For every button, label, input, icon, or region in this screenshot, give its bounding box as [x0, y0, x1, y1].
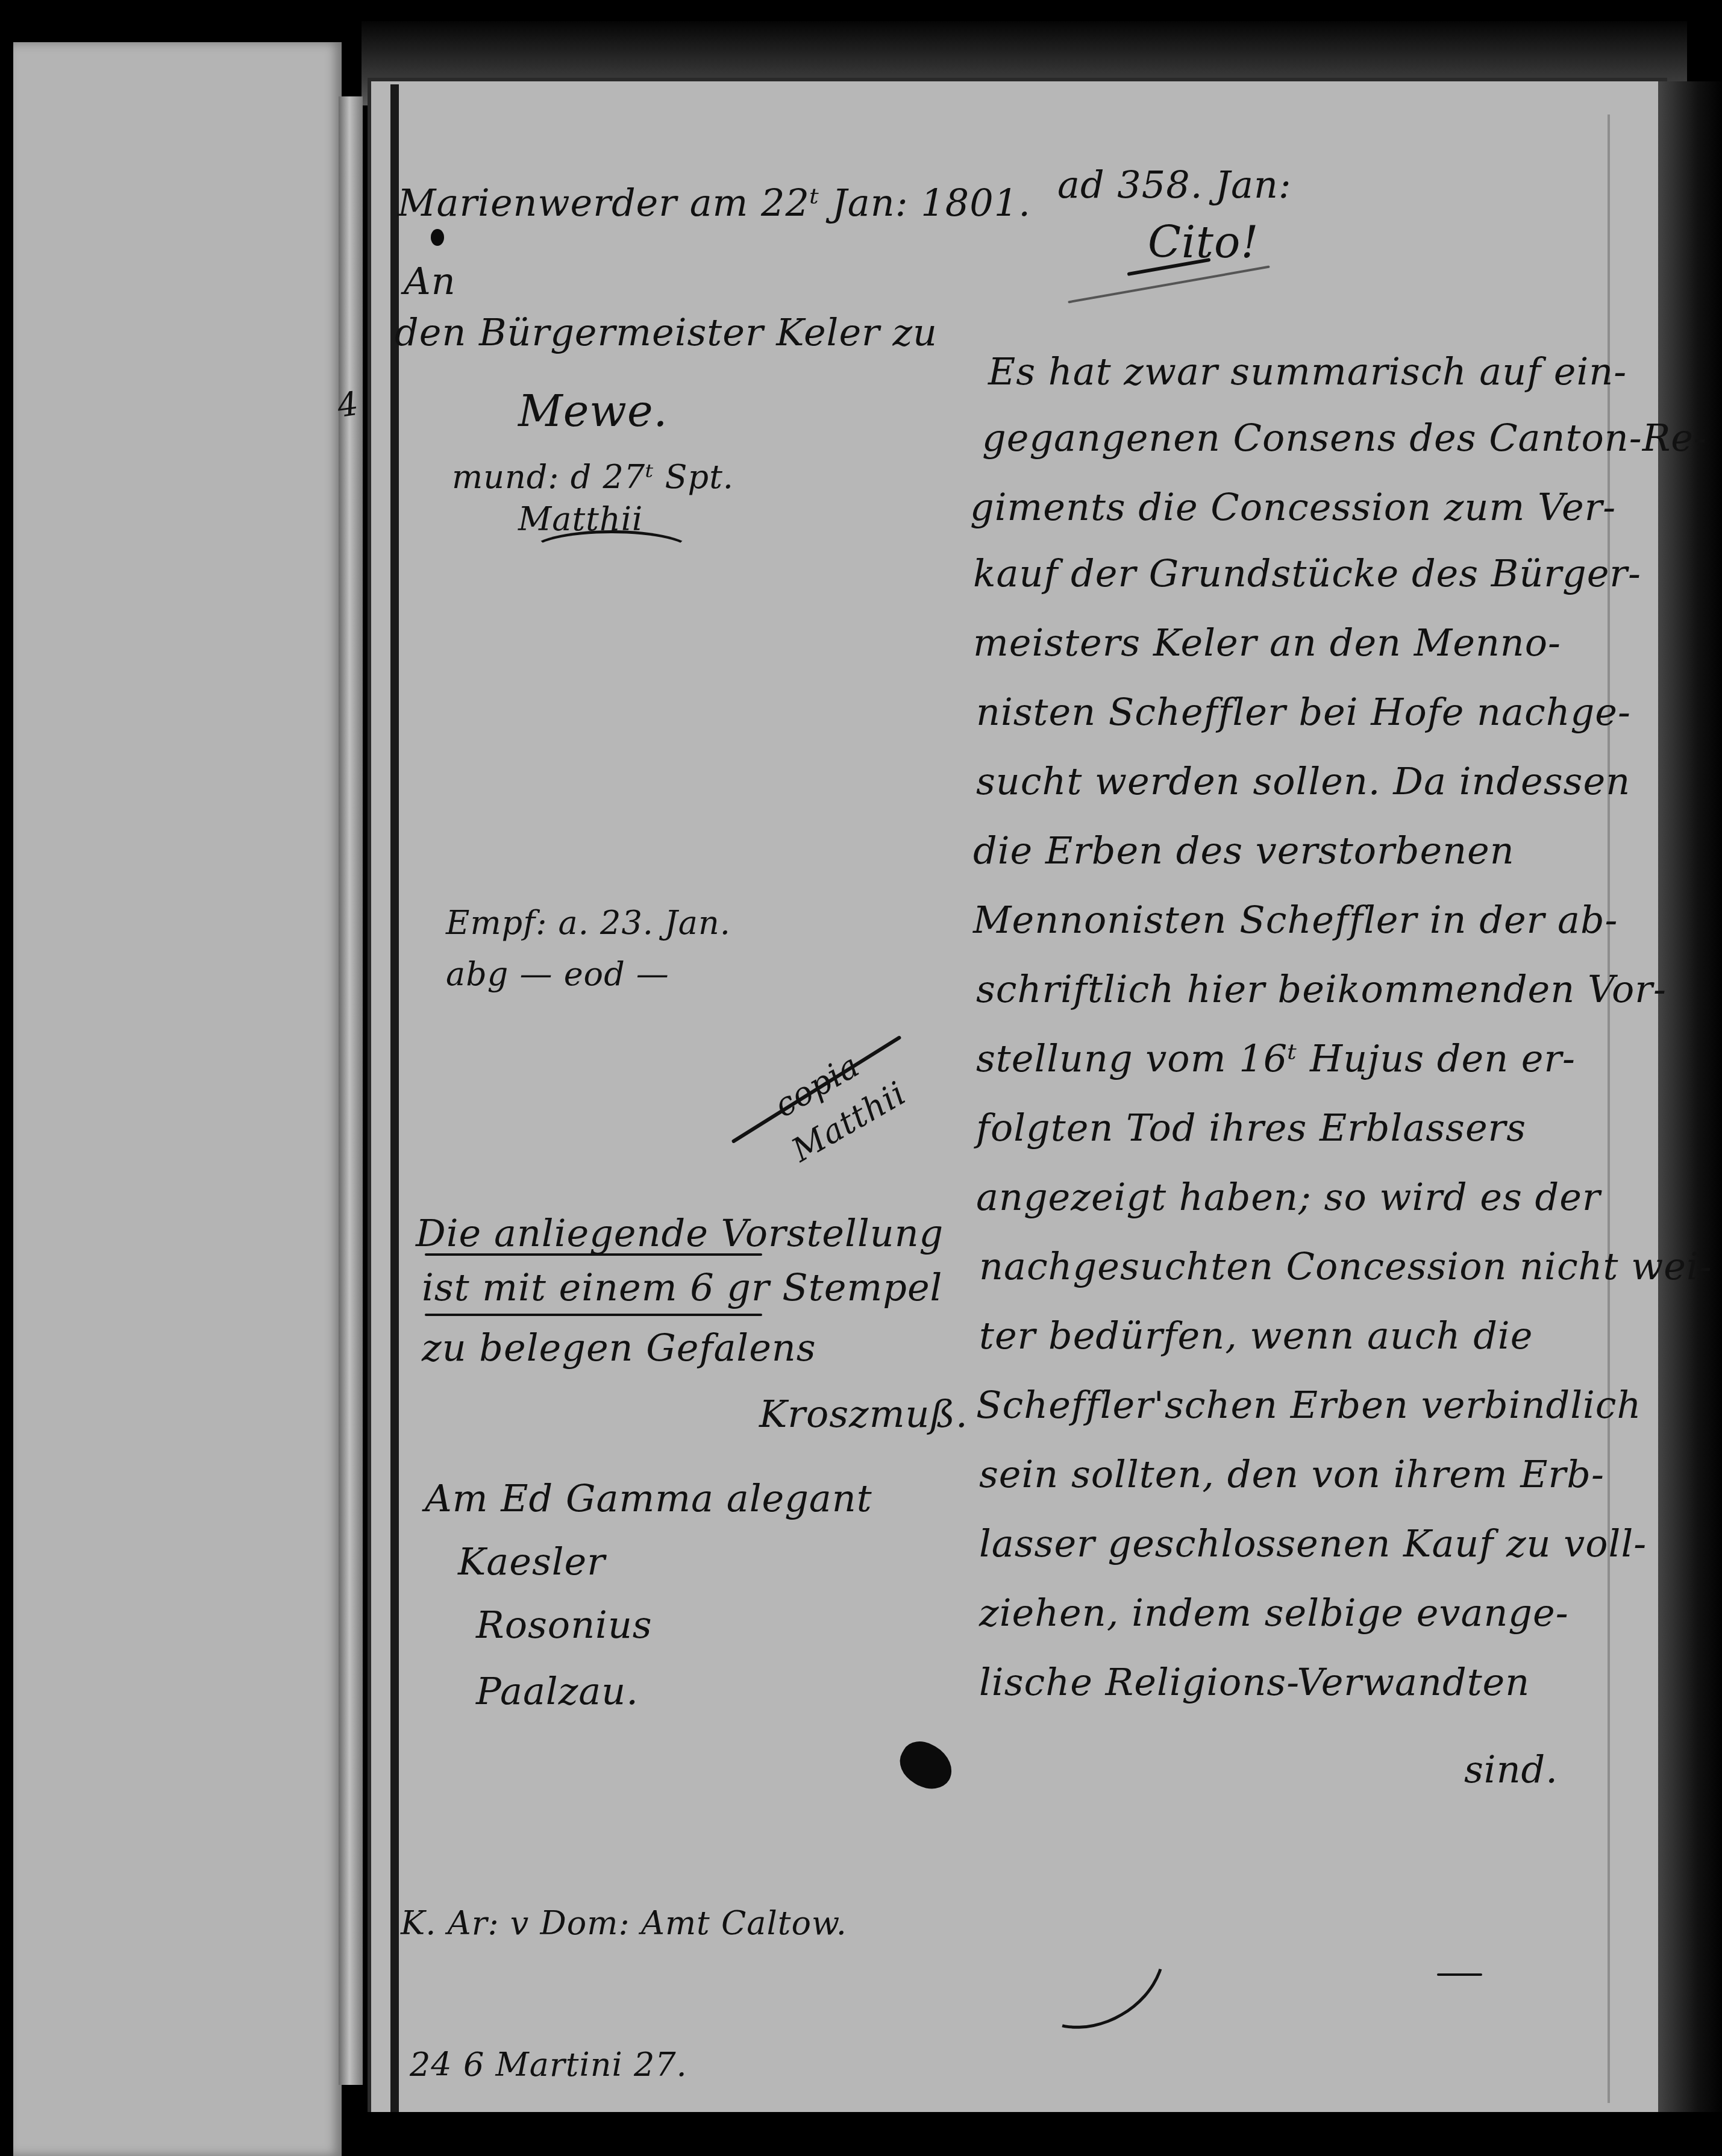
recipient-2: Rosonius [476, 1603, 653, 1647]
body-line: kauf der Grundstücke des Bürger- [973, 551, 1641, 595]
body-line: sind. [1464, 1747, 1558, 1791]
body-line: angezeigt haben; so wird es der [976, 1175, 1601, 1219]
gutter-line [390, 84, 399, 2133]
place-date: Marienwerder am 22ᵗ Jan: 1801. [398, 181, 1031, 225]
bottom-note: 24 6 Martini 27. [410, 2046, 687, 2084]
addressee-town: Mewe. [518, 386, 668, 436]
body-line: Scheffler'schen Erben verbindlich [976, 1383, 1641, 1427]
recipient-1: Kaesler [458, 1540, 606, 1584]
note-signature: Kroszmuß. [759, 1392, 968, 1436]
body-line: stellung vom 16ᵗ Hujus den er- [976, 1036, 1576, 1080]
file-reference: ad 358. Jan: [1057, 163, 1292, 207]
scan-background-bottom [362, 2112, 1722, 2156]
body-line: giments die Concession zum Ver- [970, 485, 1616, 529]
binding-flap [13, 42, 342, 2156]
closing-underline [1437, 1973, 1482, 1976]
received-note: Empf: a. 23. Jan. [446, 904, 731, 942]
note-line-1: Die anliegende Vorstellung [416, 1211, 944, 1255]
body-line: nisten Scheffler bei Hofe nachge- [976, 690, 1631, 734]
body-line: schriftlich hier beikommenden Vor- [976, 967, 1667, 1011]
fold-line [1608, 114, 1610, 2103]
body-line: ziehen, indem selbige evange- [979, 1591, 1569, 1635]
note-line-3: zu belegen Gefalens [422, 1326, 816, 1370]
body-line: lische Religions-Verwandten [979, 1660, 1530, 1704]
signature-flourish [530, 530, 693, 572]
dispatched-note: abg — eod — [446, 955, 669, 993]
body-line: lasser geschlossenen Kauf zu voll- [979, 1521, 1647, 1565]
scan-background-right [1658, 81, 1722, 2156]
note-line-2: ist mit einem 6 gr Stempel [422, 1265, 942, 1309]
body-line: folgten Tod ihres Erblassers [976, 1106, 1526, 1150]
recipients-heading: Am Ed Gamma alegant [425, 1476, 872, 1520]
salutation: An [404, 259, 456, 303]
body-line: ter bedürfen, wenn auch die [979, 1314, 1533, 1358]
body-line: Es hat zwar summarisch auf ein- [988, 349, 1627, 393]
reference-note: mund: d 27ᵗ Spt. [452, 458, 734, 496]
body-line: meisters Keler an den Menno- [973, 621, 1561, 665]
body-line: sucht werden sollen. Da indessen [976, 759, 1630, 803]
footer-note: K. Ar: v Dom: Amt Caltow. [401, 1904, 847, 1942]
body-line: die Erben des verstorbenen [973, 829, 1515, 873]
addressee: den Bürgermeister Keler zu [395, 310, 938, 354]
ink-spot [431, 229, 444, 246]
note-underline-2 [425, 1314, 762, 1316]
recipient-3: Paalzau. [476, 1669, 639, 1713]
body-line: sein sollten, den von ihrem Erb- [979, 1452, 1605, 1496]
note-underline-1 [425, 1253, 762, 1256]
body-line: Mennonisten Scheffler in der ab- [973, 898, 1618, 942]
body-line: nachgesuchten Concession nicht wei- [979, 1244, 1712, 1288]
body-line: gegangenen Consens des Canton-Re- [982, 416, 1707, 460]
